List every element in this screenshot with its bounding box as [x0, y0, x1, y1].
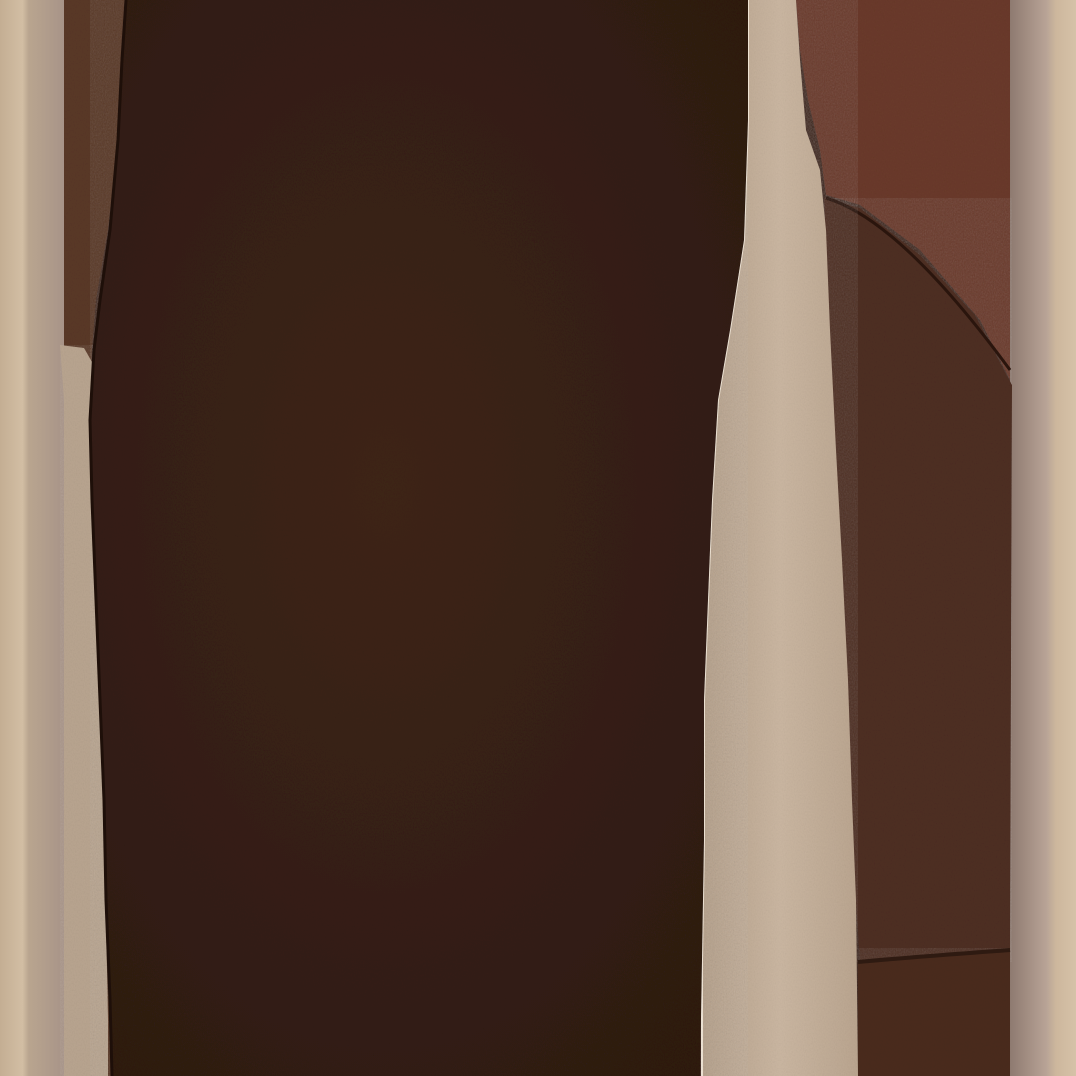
- textile-collage-illustration: [0, 0, 1076, 1076]
- artwork-canvas: framed textile collage of torn linen str…: [0, 0, 1076, 1076]
- frame-left: [0, 0, 64, 1076]
- frame-right: [1010, 0, 1076, 1076]
